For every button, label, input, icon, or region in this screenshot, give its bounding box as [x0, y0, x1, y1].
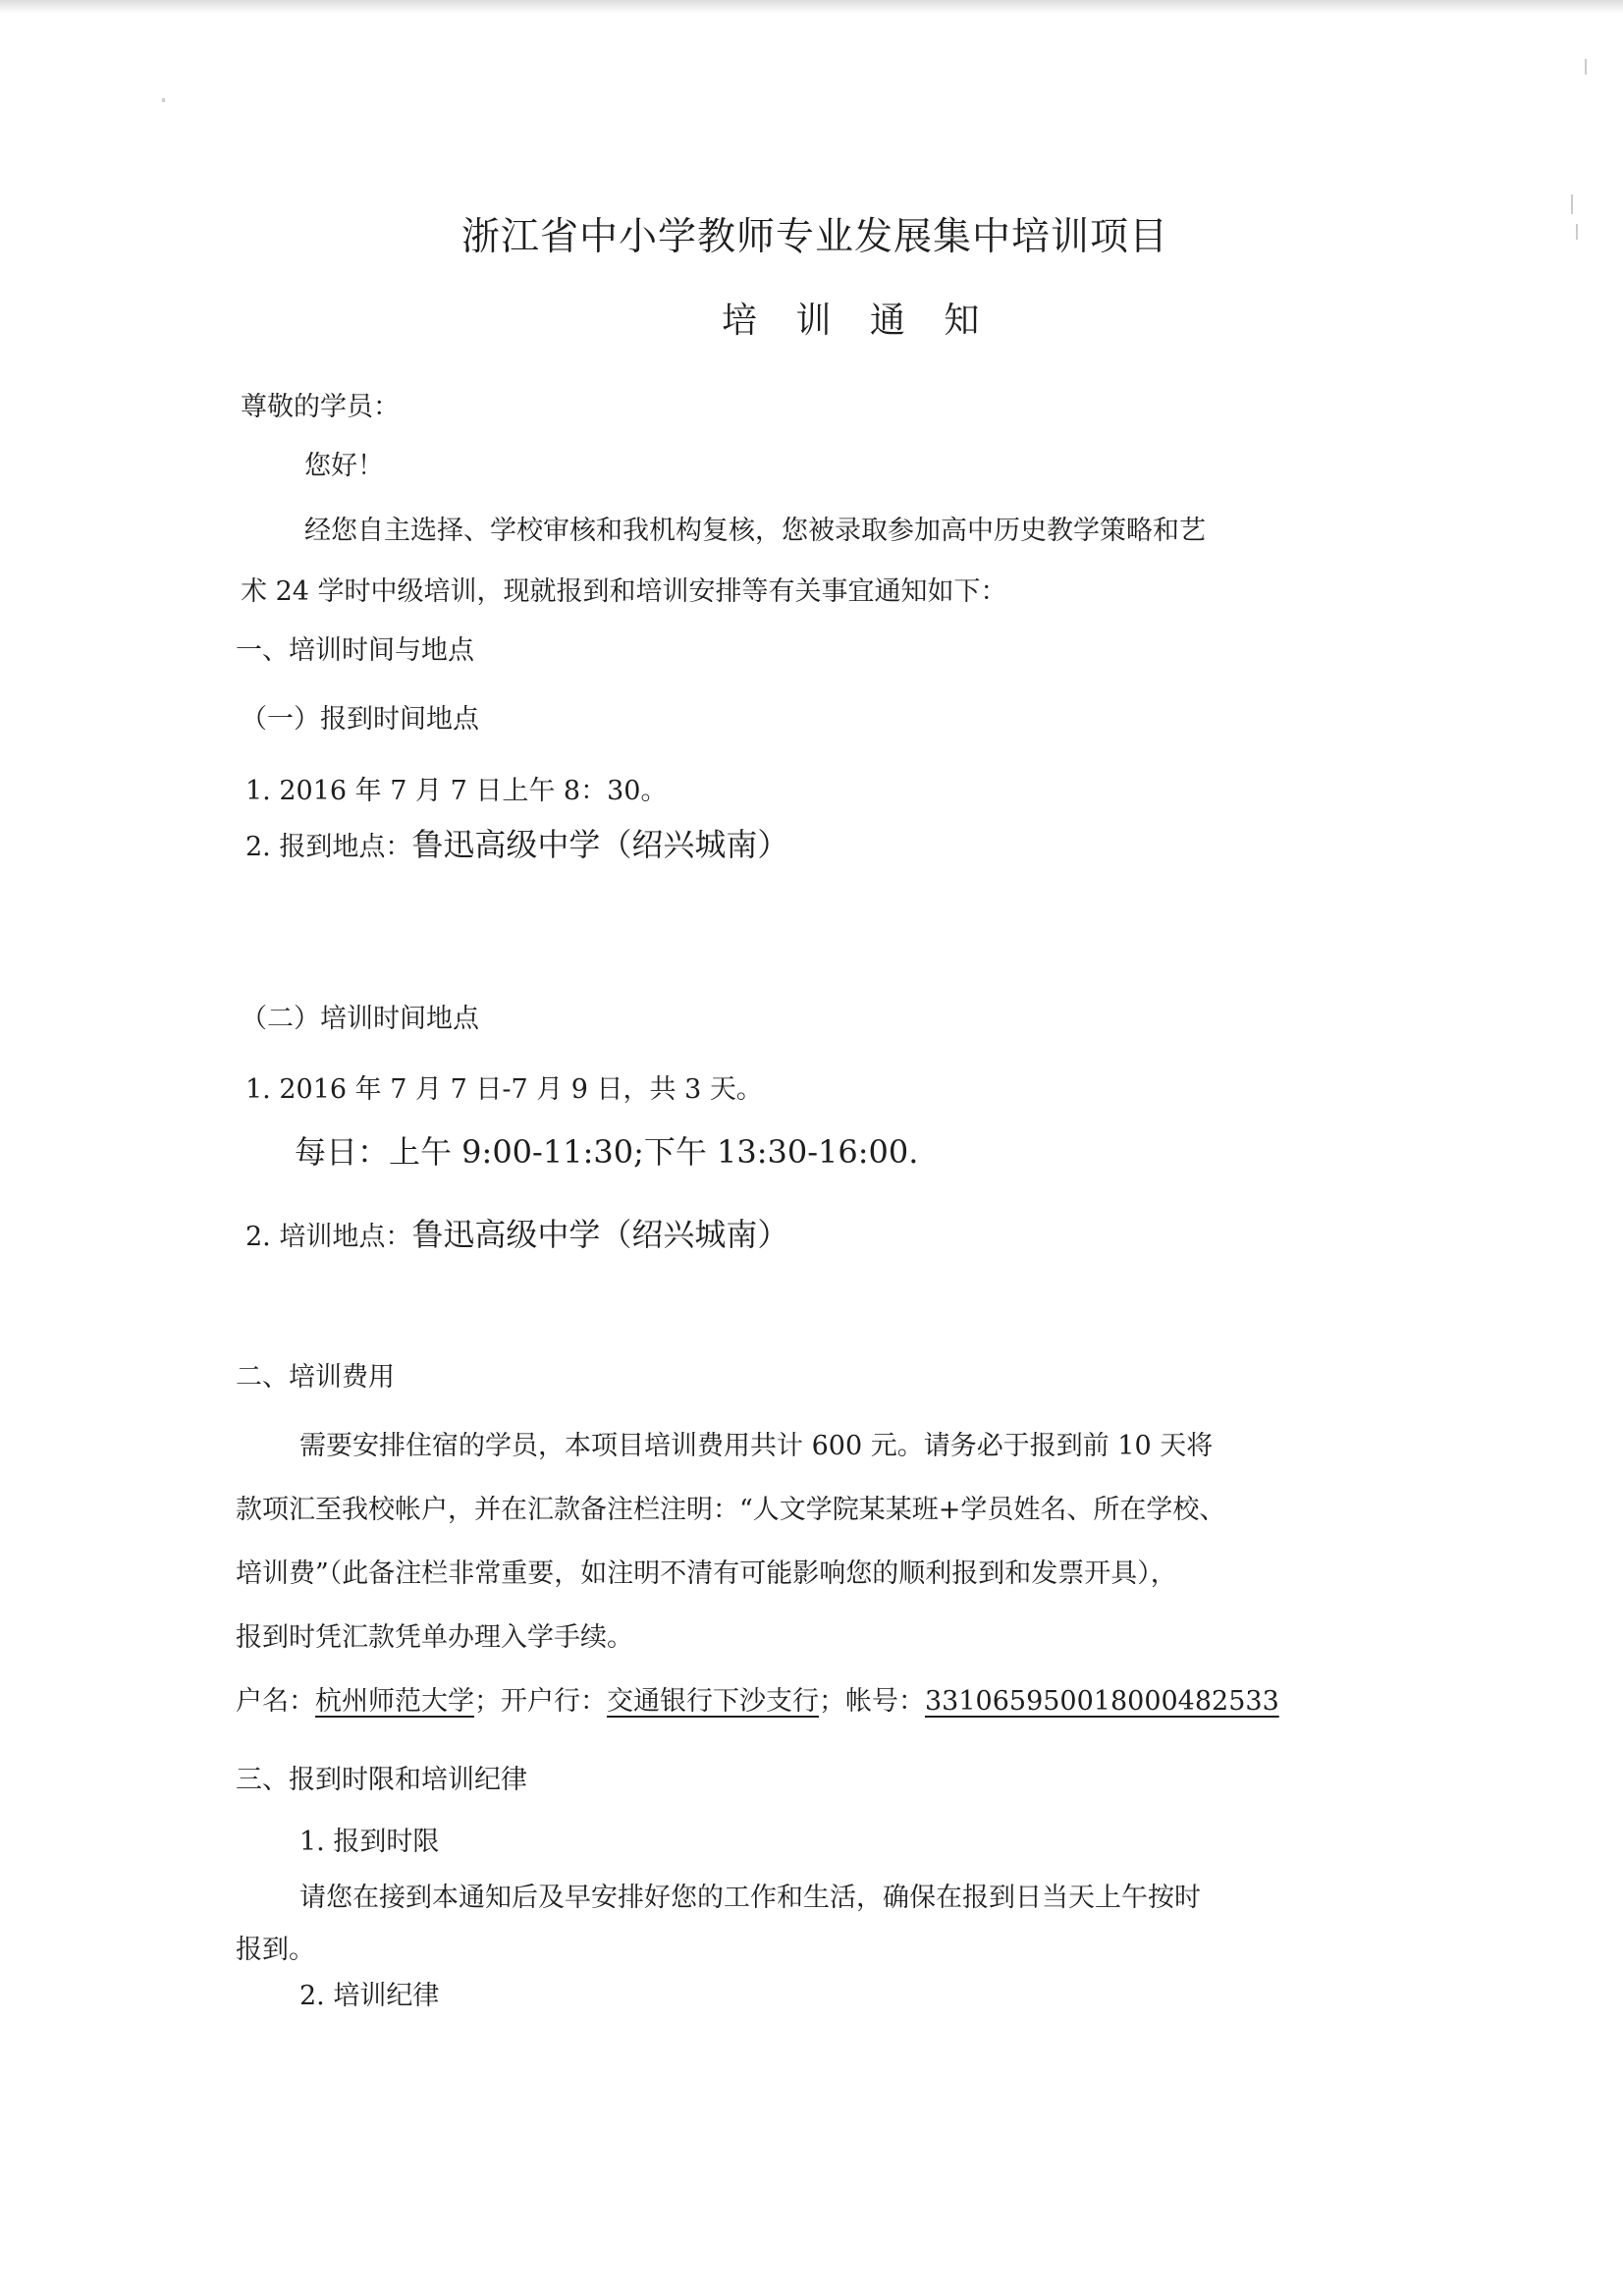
bank-account-line: 户名：杭州师范大学；开户行：交通银行下沙支行；帐号：33106595001800…: [236, 1679, 1279, 1718]
training-dates: 1. 2016 年 7 月 7 日-7 月 9 日，共 3 天。: [245, 1067, 763, 1106]
report-location-label: 2. 报到地点：: [245, 832, 411, 862]
account-number-label: 帐号：: [845, 1686, 925, 1717]
training-location-label: 2. 培训地点：: [245, 1222, 411, 1252]
scan-speck: [1576, 224, 1578, 240]
greeting: 您好！: [304, 444, 384, 482]
fee-line-1: 需要安排住宿的学员，本项目培训费用共计 600 元。请务必于报到前 10 天将: [299, 1424, 1213, 1462]
account-number-value: 331065950018000482533: [925, 1686, 1279, 1717]
training-location-value: 鲁迅高级中学（绍兴城南）: [411, 1216, 788, 1253]
account-name-value: 杭州师范大学: [315, 1686, 474, 1717]
section1-sub2-heading: （二）培训时间地点: [241, 997, 479, 1035]
salutation: 尊敬的学员：: [241, 385, 400, 423]
separator: ；: [474, 1686, 501, 1717]
bank-value: 交通银行下沙支行: [607, 1686, 819, 1717]
document-title: 浙江省中小学教师专业发展集中培训项目: [461, 206, 1168, 261]
report-location-value: 鲁迅高级中学（绍兴城南）: [411, 826, 788, 863]
report-deadline-heading: 1. 报到时限: [299, 1820, 439, 1858]
fee-line-4: 报到时凭汇款凭单办理入学手续。: [236, 1615, 633, 1654]
intro-line-2: 术 24 学时中级培训，现就报到和培训安排等有关事宜通知如下：: [241, 570, 1007, 608]
bank-label: 开户行：: [501, 1686, 607, 1717]
section3-heading: 三、报到时限和培训纪律: [236, 1758, 527, 1796]
separator: ；: [819, 1686, 845, 1717]
discipline-heading: 2. 培训纪律: [299, 1974, 439, 2012]
document-subtitle: 培 训 通 知: [722, 293, 993, 343]
fee-line-3: 培训费”（此备注栏非常重要，如注明不清有可能影响您的顺利报到和发票开具），: [236, 1552, 1177, 1590]
training-location: 2. 培训地点：鲁迅高级中学（绍兴城南）: [245, 1210, 788, 1255]
daily-schedule: 每日：上午 9:00-11:30;下午 13:30-16:00.: [295, 1127, 918, 1173]
scan-speck: [1585, 59, 1587, 75]
scan-edge-shadow: [0, 0, 1623, 14]
section1-sub1-heading: （一）报到时间地点: [241, 697, 479, 736]
section2-heading: 二、培训费用: [236, 1355, 395, 1394]
report-deadline-line-1: 请您在接到本通知后及早安排好您的工作和生活，确保在报到日当天上午按时: [299, 1876, 1201, 1914]
report-time: 1. 2016 年 7 月 7 日上午 8：30。: [245, 769, 667, 807]
account-name-label: 户名：: [236, 1686, 315, 1717]
report-deadline-line-2: 报到。: [236, 1928, 315, 1966]
intro-line-1: 经您自主选择、学校审核和我机构复核，您被录取参加高中历史教学策略和艺: [304, 509, 1206, 547]
scan-speck: [1571, 194, 1573, 214]
report-location: 2. 报到地点：鲁迅高级中学（绍兴城南）: [245, 820, 788, 865]
section1-heading: 一、培训时间与地点: [236, 629, 474, 667]
scan-speck: [162, 98, 165, 102]
fee-line-2: 款项汇至我校帐户，并在汇款备注栏注明：“人文学院某某班+学员姓名、所在学校、: [236, 1488, 1225, 1526]
